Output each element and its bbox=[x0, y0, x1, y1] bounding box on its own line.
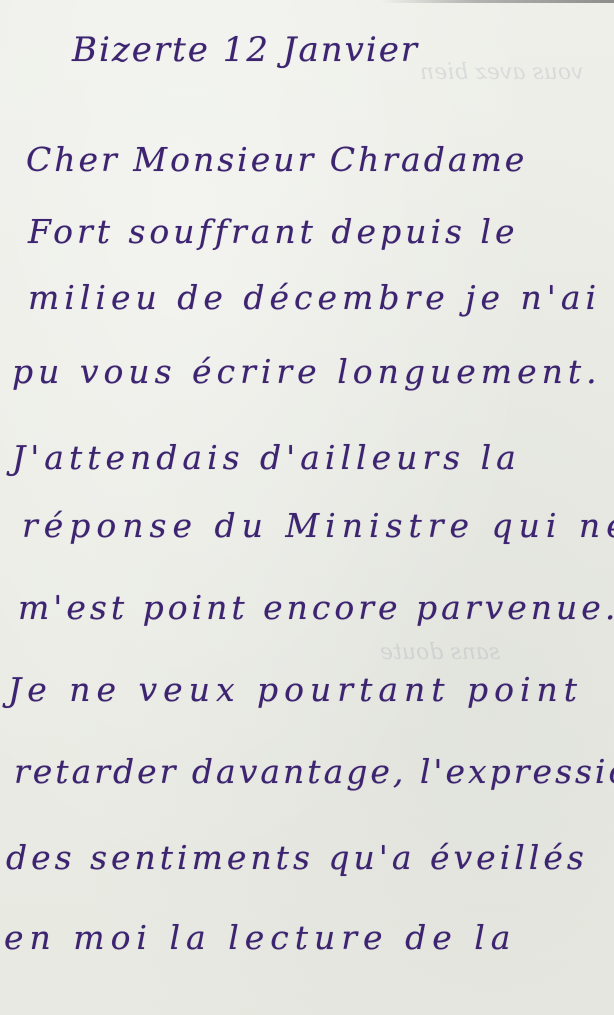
letter-body-line: m'est point encore parvenue. bbox=[18, 588, 614, 627]
letter-salutation: Cher Monsieur Chradame bbox=[26, 140, 527, 179]
letter-body-line: retarder davantage, l'expression bbox=[14, 752, 614, 791]
letter-page: vous avez bien sans doute Bizerte 12 Jan… bbox=[0, 0, 614, 1015]
letter-body-line: en moi la lecture de la bbox=[4, 918, 516, 957]
letter-body-line: Je ne veux pourtant point bbox=[8, 670, 583, 709]
letter-body-line: J'attendais d'ailleurs la bbox=[12, 438, 521, 477]
letter-body-line: Fort souffrant depuis le bbox=[28, 212, 519, 251]
letter-body-line: milieu de décembre je n'ai bbox=[28, 278, 601, 317]
letter-body-line: pu vous écrire longuement. bbox=[12, 352, 602, 391]
page-edge-shadow bbox=[380, 0, 614, 3]
letter-body-line: des sentiments qu'a éveillés bbox=[6, 838, 588, 877]
letter-body-line: réponse du Ministre qui ne bbox=[22, 506, 614, 545]
bleed-through-text: vous avez bien bbox=[420, 60, 584, 85]
letter-dateline: Bizerte 12 Janvier bbox=[72, 30, 419, 70]
bleed-through-text: sans doute bbox=[380, 640, 500, 665]
